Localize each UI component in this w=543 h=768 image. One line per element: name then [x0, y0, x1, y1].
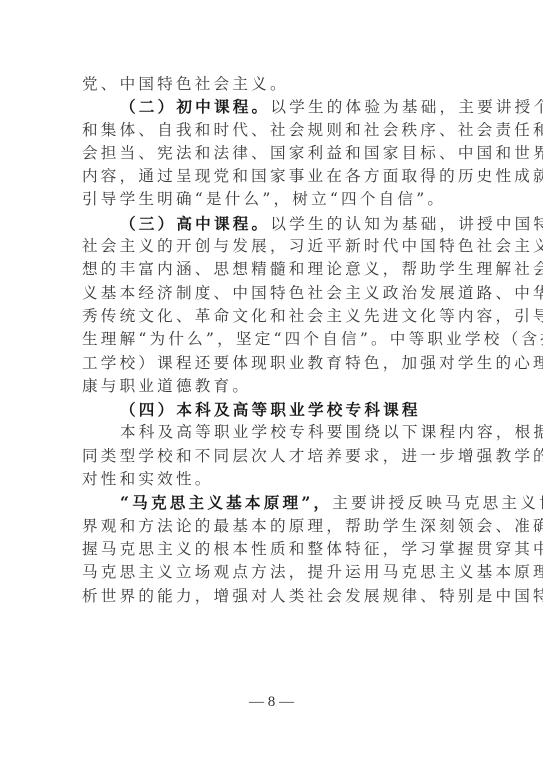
line-text: 对性和实效性。 — [82, 470, 214, 488]
line-text: 内容，通过呈现党和国家事业在各方面取得的历史性成就， — [82, 167, 543, 185]
line-text: 马克思主义立场观点方法，提升运用马克思主义基本原理分 — [82, 563, 543, 581]
line-text: 社会主义的开创与发展，习近平新时代中国特色社会主义思 — [82, 237, 543, 255]
line-text: 同类型学校和不同层次人才培养要求，进一步增强教学的针 — [82, 447, 543, 465]
line-text: 和集体、自我和时代、社会规则和社会秩序、社会责任和社 — [82, 121, 543, 139]
line-text: 本科及高等职业学校专科要围绕以下课程内容，根据不 — [120, 423, 543, 441]
text-line: 内容，通过呈现党和国家事业在各方面取得的历史性成就， — [82, 165, 462, 188]
line-text: 以学生的体验为基础，主要讲授个人 — [270, 98, 543, 116]
line-text: 生理解“为什么”，坚定“四个自信”。中等职业学校（含技 — [82, 330, 543, 348]
text-line: 马克思主义立场观点方法，提升运用马克思主义基本原理分 — [82, 561, 462, 584]
line-text: 想的丰富内涵、思想精髓和理论意义，帮助学生理解社会主 — [82, 260, 543, 278]
text-line: 界观和方法论的最基本的原理，帮助学生深刻领会、准确把 — [82, 515, 462, 538]
line-text: 握马克思主义的根本性质和整体特征，学习掌握贯穿其中的 — [82, 540, 543, 558]
line-text: 界观和方法论的最基本的原理，帮助学生深刻领会、准确把 — [82, 517, 543, 535]
line-text: 引导学生明确“是什么”，树立“四个自信”。 — [82, 190, 446, 208]
text-line: 对性和实效性。 — [82, 468, 462, 491]
section-heading-undergraduate: （四）本科及高等职业学校专科课程 — [82, 398, 462, 421]
text-line: 同类型学校和不同层次人才培养要求，进一步增强教学的针 — [82, 445, 462, 468]
section-heading-junior-high: （二）初中课程。以学生的体验为基础，主要讲授个人 — [82, 95, 462, 118]
line-text: 以学生的认知为基础，讲授中国特色 — [270, 215, 543, 233]
section-heading-senior-high: （三）高中课程。以学生的认知为基础，讲授中国特色 — [82, 212, 462, 235]
text-line: 会担当、宪法和法律、国家利益和国家目标、中国和世界等 — [82, 142, 462, 165]
text-line: 和集体、自我和时代、社会规则和社会秩序、社会责任和社 — [82, 119, 462, 142]
line-text: 秀传统文化、革命文化和社会主义先进文化等内容，引导学 — [82, 307, 543, 325]
line-bold: “马克思主义基本原理”， — [120, 493, 332, 512]
line-bold: （四）本科及高等职业学校专科课程 — [120, 400, 421, 419]
line-text: 党、中国特色社会主义。 — [82, 75, 289, 93]
line-bold: （三）高中课程。 — [120, 214, 270, 233]
document-body: 党、中国特色社会主义。 （二）初中课程。以学生的体验为基础，主要讲授个人 和集体… — [82, 72, 462, 608]
text-line: 工学校）课程还要体现职业教育特色，加强对学生的心理健 — [82, 352, 462, 375]
line-bold: （二）初中课程。 — [120, 97, 270, 116]
text-line: 析世界的能力，增强对人类社会发展规律、特别是中国特色 — [82, 585, 462, 608]
text-line: 康与职业道德教育。 — [82, 375, 462, 398]
text-line: 握马克思主义的根本性质和整体特征，学习掌握贯穿其中的 — [82, 538, 462, 561]
line-text: 义基本经济制度、中国特色社会主义政治发展道路、中华优 — [82, 284, 543, 302]
page-number: — 8 — — [0, 694, 543, 711]
line-text: 主要讲授反映马克思主义世 — [332, 494, 543, 512]
text-line: 引导学生明确“是什么”，树立“四个自信”。 — [82, 188, 462, 211]
text-line: 秀传统文化、革命文化和社会主义先进文化等内容，引导学 — [82, 305, 462, 328]
text-line: 本科及高等职业学校专科要围绕以下课程内容，根据不 — [82, 421, 462, 444]
text-line: 想的丰富内涵、思想精髓和理论意义，帮助学生理解社会主 — [82, 258, 462, 281]
line-text: 工学校）课程还要体现职业教育特色，加强对学生的心理健 — [82, 354, 543, 372]
text-line: 社会主义的开创与发展，习近平新时代中国特色社会主义思 — [82, 235, 462, 258]
course-heading-marxism-principles: “马克思主义基本原理”，主要讲授反映马克思主义世 — [82, 491, 462, 514]
line-text: 会担当、宪法和法律、国家利益和国家目标、中国和世界等 — [82, 144, 543, 162]
line-text: 析世界的能力，增强对人类社会发展规律、特别是中国特色 — [82, 587, 543, 605]
text-line: 义基本经济制度、中国特色社会主义政治发展道路、中华优 — [82, 282, 462, 305]
line-text: 康与职业道德教育。 — [82, 377, 251, 395]
text-line: 生理解“为什么”，坚定“四个自信”。中等职业学校（含技 — [82, 328, 462, 351]
text-line: 党、中国特色社会主义。 — [82, 72, 462, 95]
